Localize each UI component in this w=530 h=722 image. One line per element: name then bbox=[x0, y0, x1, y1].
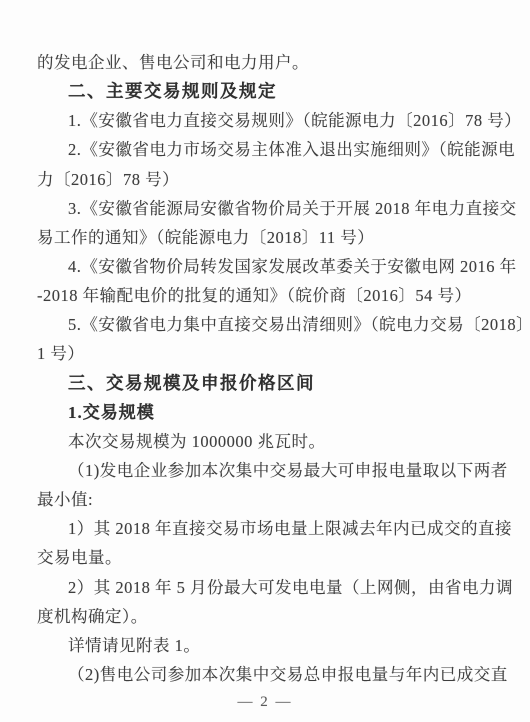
paragraph-line: 的发电企业、售电公司和电力用户。 bbox=[37, 48, 503, 77]
document-page: 的发电企业、售电公司和电力用户。 二、主要交易规则及规定 1.《安徽省电力直接交… bbox=[0, 0, 530, 722]
paragraph-line: 详情请见附表 1。 bbox=[37, 631, 503, 660]
section-heading-3: 三、交易规模及申报价格区间 bbox=[37, 369, 503, 398]
paragraph-line: 1）其 2018 年直接交易市场电量上限减去年内已成交的直接 bbox=[37, 514, 503, 543]
paragraph-line: （1)发电企业参加本次集中交易最大可申报电量取以下两者 bbox=[37, 456, 503, 485]
paragraph-line: 最小值: bbox=[37, 485, 503, 514]
list-item-rule-1: 1.《安徽省电力直接交易规则》（皖能源电力〔2016〕78 号） bbox=[37, 106, 503, 135]
paragraph-line: 度机构确定）。 bbox=[37, 602, 503, 631]
paragraph-line: 易工作的通知》（皖能源电力〔2018〕11 号） bbox=[37, 223, 503, 252]
paragraph-line: 2）其 2018 年 5 月份最大可发电电量（上网侧，由省电力调 bbox=[37, 573, 503, 602]
subsection-heading-trade-scale: 1.交易规模 bbox=[37, 398, 503, 427]
paragraph-line: 1 号） bbox=[37, 339, 503, 368]
list-item-rule-3: 3.《安徽省能源局安徽省物价局关于开展 2018 年电力直接交 bbox=[37, 194, 503, 223]
paragraph-line: 本次交易规模为 1000000 兆瓦时。 bbox=[37, 427, 503, 456]
paragraph-line: 力〔2016〕78 号） bbox=[37, 165, 503, 194]
document-body: 的发电企业、售电公司和电力用户。 二、主要交易规则及规定 1.《安徽省电力直接交… bbox=[37, 48, 503, 689]
list-item-rule-4: 4.《安徽省物价局转发国家发展改革委关于安徽电网 2016 年 bbox=[37, 252, 503, 281]
page-number: — 2 — bbox=[0, 690, 530, 714]
list-item-rule-2: 2.《安徽省电力市场交易主体准入退出实施细则》（皖能源电 bbox=[37, 135, 503, 164]
paragraph-line: 交易电量。 bbox=[37, 543, 503, 572]
paragraph-line: -2018 年输配电价的批复的通知》（皖价商〔2016〕54 号） bbox=[37, 281, 503, 310]
paragraph-line: （2)售电公司参加本次集中交易总申报电量与年内已成交直 bbox=[37, 660, 503, 689]
section-heading-2: 二、主要交易规则及规定 bbox=[37, 77, 503, 106]
list-item-rule-5: 5.《安徽省电力集中直接交易出清细则》（皖电力交易〔2018〕 bbox=[37, 310, 503, 339]
